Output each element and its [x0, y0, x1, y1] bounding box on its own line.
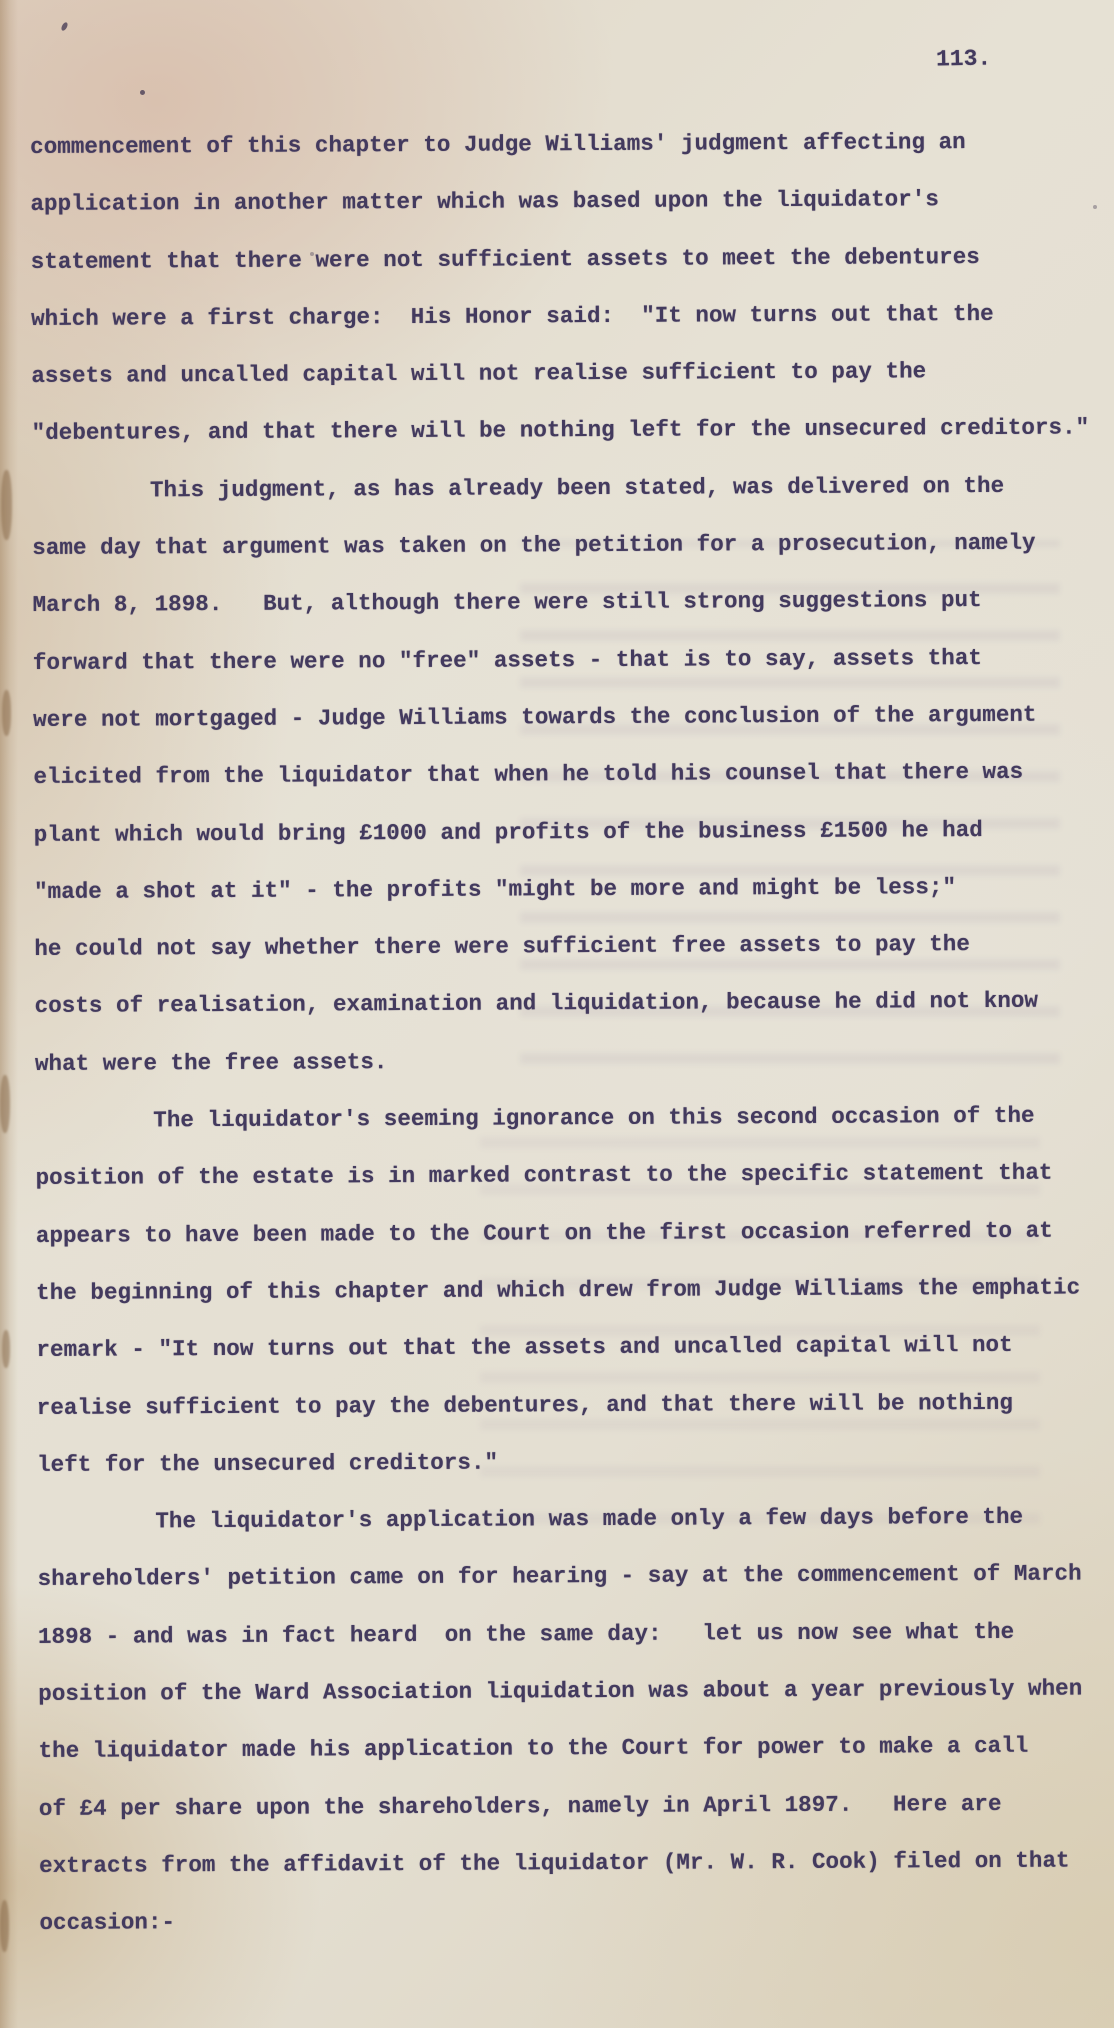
ink-speck — [60, 21, 69, 31]
page-left-edge — [0, 0, 18, 2028]
text-line: position of the Ward Association liquida… — [38, 1660, 1110, 1723]
text-line: elicited from the liquidator that when h… — [33, 744, 1105, 807]
text-line: position of the estate is in marked cont… — [35, 1145, 1107, 1208]
text-line: costs of realisation, examination and li… — [35, 973, 1107, 1036]
edge-stain — [2, 690, 11, 736]
page-number: 113. — [936, 46, 992, 73]
text-line: same day that argument was taken on the … — [32, 514, 1104, 577]
text-line: shareholders' petition came on for heari… — [38, 1546, 1110, 1609]
text-line: March 8, 1898. But, although there were … — [32, 572, 1104, 635]
text-line: The liquidator's seeming ignorance on th… — [35, 1087, 1107, 1150]
text-line: assets and uncalled capital will not rea… — [31, 343, 1103, 406]
text-line: appears to have been made to the Court o… — [36, 1202, 1108, 1265]
text-line: application in another matter which was … — [30, 171, 1102, 234]
text-line: remark - "It now turns out that the asse… — [36, 1317, 1108, 1380]
text-line: he could not say whether there were suff… — [34, 916, 1106, 979]
edge-stain — [2, 1330, 10, 1368]
text-line: realise sufficient to pay the debentures… — [37, 1374, 1109, 1437]
text-line: extracts from the affidavit of the liqui… — [39, 1832, 1111, 1895]
text-line: 1898 - and was in fact heard on the same… — [38, 1603, 1110, 1666]
text-line: left for the unsecured creditors." — [37, 1431, 1109, 1494]
text-line: The liquidator's application was made on… — [37, 1488, 1109, 1551]
typewritten-text-block: commencement of this chapter to Judge Wi… — [30, 113, 1112, 1952]
text-line: what were the free assets. — [35, 1030, 1107, 1093]
text-line: the beginning of this chapter and which … — [36, 1259, 1108, 1322]
text-line: were not mortgaged - Judge Williams towa… — [33, 686, 1105, 749]
text-line: statement that there were not sufficient… — [31, 228, 1103, 291]
text-line: which were a first charge: His Honor sai… — [31, 285, 1103, 348]
text-line: "made a shot at it" - the profits "might… — [34, 858, 1106, 921]
ink-speck — [140, 90, 145, 95]
text-line: commencement of this chapter to Judge Wi… — [30, 113, 1102, 176]
text-line: of £4 per share upon the shareholders, n… — [39, 1775, 1111, 1838]
text-line: This judgment, as has already been state… — [32, 457, 1104, 520]
edge-stain — [0, 1900, 9, 1952]
text-line: "debentures, and that there will be noth… — [32, 400, 1104, 463]
text-line: occasion:- — [39, 1890, 1111, 1953]
text-line: forward that there were no "free" assets… — [33, 629, 1105, 692]
text-line: plant which would bring £1000 and profit… — [34, 801, 1106, 864]
edge-stain — [0, 1075, 10, 1133]
text-line: the liquidator made his application to t… — [38, 1718, 1110, 1781]
edge-stain — [1, 470, 12, 540]
document-page: 113. commencement of this chapter to Jud… — [0, 0, 1114, 2028]
